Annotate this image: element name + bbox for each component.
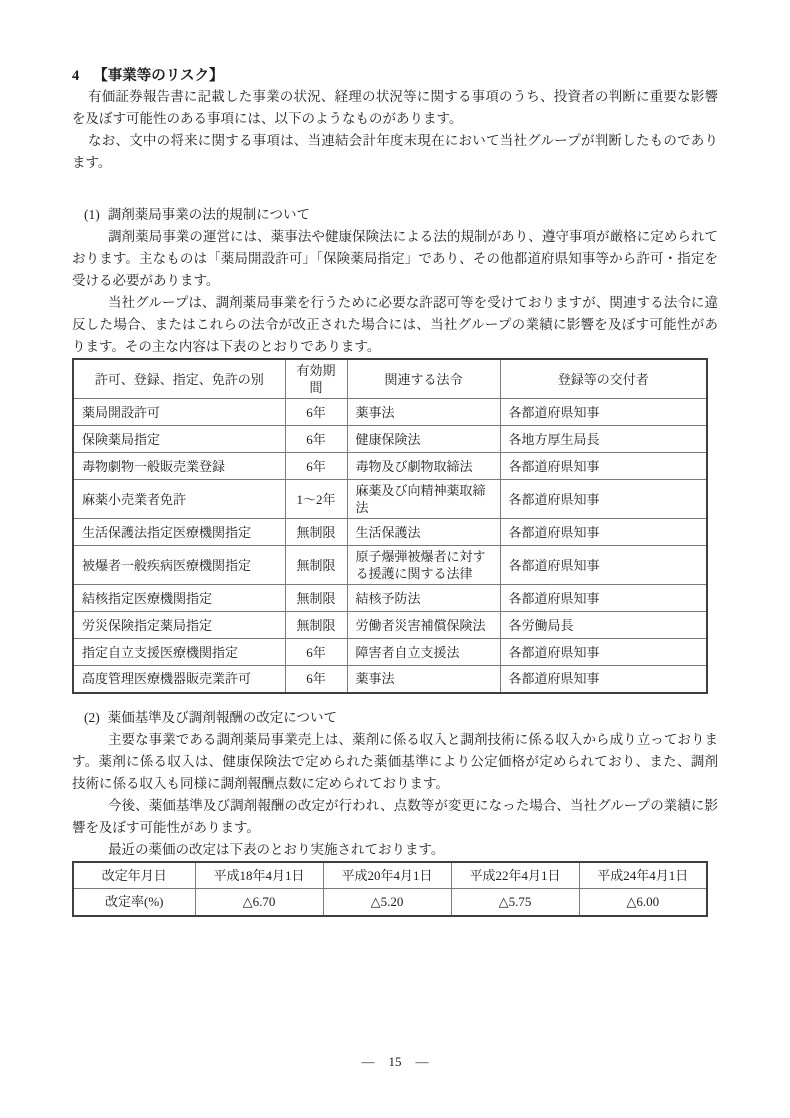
table-cell: 6年 <box>285 639 347 666</box>
table-cell: 6年 <box>285 426 347 453</box>
table-cell: 生活保護法指定医療機関指定 <box>73 519 285 546</box>
table-header-cell: 平成24年4月1日 <box>579 862 707 889</box>
subsection-1-paragraph-2: 当社グループは、調剤薬局事業を行うために必要な許認可等を受けておりますが、関連す… <box>72 292 718 358</box>
subsection-legal-regulation: (1)調剤薬局事業の法的規制について 調剤薬局事業の運営には、薬事法や健康保険法… <box>72 204 718 694</box>
table-cell: 薬事法 <box>347 666 500 693</box>
table-cell: 各都道府県知事 <box>500 453 707 480</box>
table-row: 麻薬小売業者免許1～2年麻薬及び向精神薬取締法各都道府県知事 <box>73 480 707 519</box>
table-cell: 各都道府県知事 <box>500 399 707 426</box>
table-cell: 改定率(%) <box>73 889 195 916</box>
table-row: 被爆者一般疾病医療機関指定無制限原子爆弾被爆者に対する援護に関する法律各都道府県… <box>73 546 707 585</box>
table-row: 生活保護法指定医療機関指定無制限生活保護法各都道府県知事 <box>73 519 707 546</box>
table-header-row: 改定年月日平成18年4月1日平成20年4月1日平成22年4月1日平成24年4月1… <box>73 862 707 889</box>
table-cell: 指定自立支援医療機関指定 <box>73 639 285 666</box>
section-heading: 4【事業等のリスク】 <box>72 66 718 86</box>
table-header-cell: 関連する法令 <box>347 359 500 399</box>
table-cell: 無制限 <box>285 519 347 546</box>
table-cell: △5.75 <box>451 889 579 916</box>
table-cell: 無制限 <box>285 612 347 639</box>
table-cell: 各地方厚生局長 <box>500 426 707 453</box>
table-cell: 各都道府県知事 <box>500 666 707 693</box>
table-header-row: 許可、登録、指定、免許の別有効期間関連する法令登録等の交付者 <box>73 359 707 399</box>
table-cell: 1～2年 <box>285 480 347 519</box>
table-cell: 結核指定医療機関指定 <box>73 585 285 612</box>
intro-paragraph-2: なお、文中の将来に関する事項は、当連結会計年度末現在において当社グループが判断し… <box>72 130 718 174</box>
table-row: 労災保険指定薬局指定無制限労働者災害補償保険法各労働局長 <box>73 612 707 639</box>
footer-dash-left: ― <box>362 1054 375 1069</box>
table-cell: 障害者自立支援法 <box>347 639 500 666</box>
section-number: 4 <box>72 68 79 84</box>
table-row: 薬局開設許可6年薬事法各都道府県知事 <box>73 399 707 426</box>
table-cell: 高度管理医療機器販売業許可 <box>73 666 285 693</box>
table-cell: △6.00 <box>579 889 707 916</box>
table-header-cell: 改定年月日 <box>73 862 195 889</box>
table-cell: 結核予防法 <box>347 585 500 612</box>
subsection-drug-price-revision: (2)薬価基準及び調剤報酬の改定について 主要な事業である調剤薬局事業売上は、薬… <box>72 707 718 917</box>
subsection-1-label: (1) <box>84 207 100 222</box>
subsection-2-paragraph-2: 今後、薬価基準及び調剤報酬の改定が行われ、点数等が変更になった場合、当社グループ… <box>72 795 718 839</box>
table-cell: 各都道府県知事 <box>500 546 707 585</box>
table-cell: 労災保険指定薬局指定 <box>73 612 285 639</box>
table-cell: 毒物劇物一般販売業登録 <box>73 453 285 480</box>
table-cell: 各都道府県知事 <box>500 480 707 519</box>
table-cell: 労働者災害補償保険法 <box>347 612 500 639</box>
table-cell: 原子爆弾被爆者に対する援護に関する法律 <box>347 546 500 585</box>
table-header-cell: 有効期間 <box>285 359 347 399</box>
table-cell: 6年 <box>285 453 347 480</box>
table-cell: 無制限 <box>285 585 347 612</box>
table-cell: △6.70 <box>195 889 323 916</box>
table-cell: 健康保険法 <box>347 426 500 453</box>
table-header-cell: 平成18年4月1日 <box>195 862 323 889</box>
table-header-cell: 登録等の交付者 <box>500 359 707 399</box>
table-cell: 麻薬小売業者免許 <box>73 480 285 519</box>
page-footer: ―15― <box>0 1053 790 1071</box>
document-page: 4【事業等のリスク】 有価証券報告書に記載した事業の状況、経理の状況等に関する事… <box>0 0 790 1118</box>
section-title: 【事業等のリスク】 <box>93 68 223 84</box>
footer-dash-right: ― <box>416 1054 429 1069</box>
table-row: 毒物劇物一般販売業登録6年毒物及び劇物取締法各都道府県知事 <box>73 453 707 480</box>
table-cell: 6年 <box>285 666 347 693</box>
table-cell: 各都道府県知事 <box>500 519 707 546</box>
subsection-1-paragraph-1: 調剤薬局事業の運営には、薬事法や健康保険法による法的規制があり、遵守事項が厳格に… <box>72 226 718 292</box>
page-number: 15 <box>389 1054 402 1069</box>
subsection-2-title-text: 薬価基準及び調剤報酬の改定について <box>108 710 337 725</box>
subsection-1-title-text: 調剤薬局事業の法的規制について <box>108 207 310 222</box>
drug-price-revision-table: 改定年月日平成18年4月1日平成20年4月1日平成22年4月1日平成24年4月1… <box>72 861 708 917</box>
table-cell: 薬事法 <box>347 399 500 426</box>
table-cell: △5.20 <box>323 889 451 916</box>
table-row: 指定自立支援医療機関指定6年障害者自立支援法各都道府県知事 <box>73 639 707 666</box>
table-cell: 保険薬局指定 <box>73 426 285 453</box>
table-cell: 毒物及び劇物取締法 <box>347 453 500 480</box>
table-cell: 麻薬及び向精神薬取締法 <box>347 480 500 519</box>
table-cell: 被爆者一般疾病医療機関指定 <box>73 546 285 585</box>
table-cell: 各労働局長 <box>500 612 707 639</box>
table-header-cell: 許可、登録、指定、免許の別 <box>73 359 285 399</box>
table-row: 高度管理医療機器販売業許可6年薬事法各都道府県知事 <box>73 666 707 693</box>
table-row: 結核指定医療機関指定無制限結核予防法各都道府県知事 <box>73 585 707 612</box>
subsection-1-title: (1)調剤薬局事業の法的規制について <box>84 204 718 226</box>
table-row: 保険薬局指定6年健康保険法各地方厚生局長 <box>73 426 707 453</box>
table-row: 改定率(%)△6.70△5.20△5.75△6.00 <box>73 889 707 916</box>
table-header-cell: 平成20年4月1日 <box>323 862 451 889</box>
table-header-cell: 平成22年4月1日 <box>451 862 579 889</box>
table-cell: 無制限 <box>285 546 347 585</box>
subsection-2-paragraph-3: 最近の薬価の改定は下表のとおり実施されております。 <box>72 839 718 861</box>
subsection-2-label: (2) <box>84 710 100 725</box>
intro-paragraph-1: 有価証券報告書に記載した事業の状況、経理の状況等に関する事項のうち、投資者の判断… <box>72 86 718 130</box>
subsection-2-title: (2)薬価基準及び調剤報酬の改定について <box>84 707 718 729</box>
license-permission-table: 許可、登録、指定、免許の別有効期間関連する法令登録等の交付者薬局開設許可6年薬事… <box>72 358 708 694</box>
table-cell: 各都道府県知事 <box>500 585 707 612</box>
table-cell: 薬局開設許可 <box>73 399 285 426</box>
table-cell: 生活保護法 <box>347 519 500 546</box>
table-cell: 各都道府県知事 <box>500 639 707 666</box>
table-cell: 6年 <box>285 399 347 426</box>
subsection-2-paragraph-1: 主要な事業である調剤薬局事業売上は、薬剤に係る収入と調剤技術に係る収入から成り立… <box>72 729 718 795</box>
